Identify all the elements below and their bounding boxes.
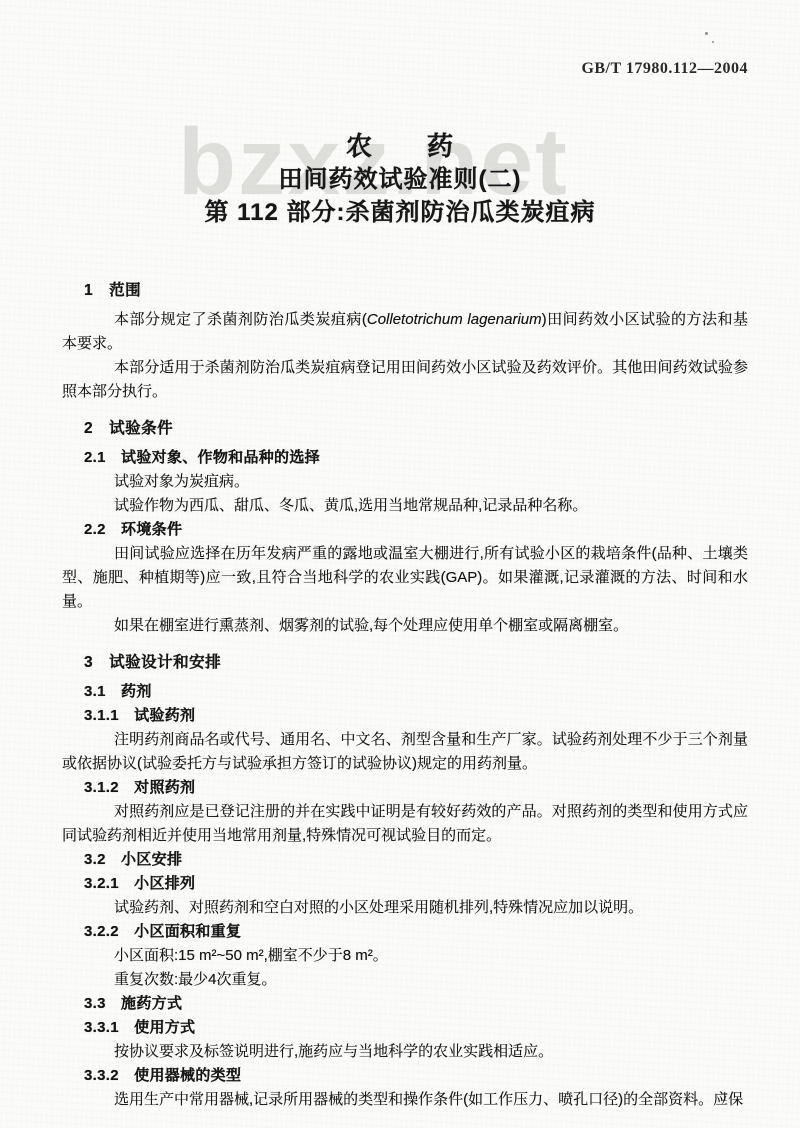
text-run: 本部分适用于杀菌剂防治瓜类炭疽病登记用田间药效小区试验及药效评价。其他田间药效试…: [62, 359, 748, 400]
section-heading: 3.3 施药方式: [84, 992, 748, 1016]
section-heading: 3.3.2 使用器械的类型: [84, 1064, 748, 1088]
section-heading: 3.1 药剂: [84, 680, 748, 704]
text-run: 3.3.2 使用器械的类型: [84, 1067, 241, 1084]
text-run: 按协议要求及标签说明进行,施药应与当地科学的农业实践相适应。: [114, 1043, 553, 1060]
text-run: 3.2.1 小区排列: [84, 875, 195, 892]
text-run: 试验药剂、对照药剂和空白对照的小区处理采用随机排列,特殊情况应加以说明。: [114, 899, 643, 916]
text-run: 如果在棚室进行熏蒸剂、烟雾剂的试验,每个处理应使用单个棚室或隔离棚室。: [114, 617, 628, 634]
text-run: 注明药剂商品名或代号、通用名、中文名、剂型含量和生产厂家。试验药剂处理不少于三个…: [62, 731, 748, 772]
document-page: GB/T 17980.112—2004 bzxz.net 农 药 田间药效试验准…: [0, 0, 800, 1128]
section-heading: 3.2.2 小区面积和重复: [84, 920, 748, 944]
text-run: 田间试验应选择在历年发病严重的露地或温室大棚进行,所有试验小区的栽培条件(品种、…: [62, 545, 748, 610]
text-run: 3.3.1 使用方式: [84, 1019, 195, 1036]
doc-title-line3: 第 112 部分:杀菌剂防治瓜类炭疽病: [0, 196, 800, 229]
text-run: 2 试验条件: [84, 420, 173, 437]
text-run: 本部分规定了杀菌剂防治瓜类炭疽病(: [114, 311, 367, 328]
paragraph: 本部分适用于杀菌剂防治瓜类炭疽病登记用田间药效小区试验及药效评价。其他田间药效试…: [62, 356, 748, 404]
text-run: 3.2 小区安排: [84, 851, 182, 868]
doc-title-line1: 农 药: [0, 130, 800, 163]
section-heading: 2.2 环境条件: [84, 518, 748, 542]
paragraph: 试验对象为炭疽病。: [62, 470, 748, 494]
text-run: 3.1.1 试验药剂: [84, 707, 195, 724]
document-body: 1 范围本部分规定了杀菌剂防治瓜类炭疽病(Colletotrichum lage…: [0, 266, 800, 1112]
text-run: 2.1 试验对象、作物和品种的选择: [84, 449, 320, 466]
section-heading: 1 范围: [84, 279, 748, 303]
text-run: 3.1 药剂: [84, 683, 152, 700]
paragraph: 按协议要求及标签说明进行,施药应与当地科学的农业实践相适应。: [62, 1040, 748, 1064]
section-heading: 3.2 小区安排: [84, 848, 748, 872]
section-heading: 3.2.1 小区排列: [84, 872, 748, 896]
scan-speck: [705, 32, 708, 35]
text-run: 选用生产中常用器械,记录所用器械的类型和操作条件(如工作压力、喷孔口径)的全部资…: [114, 1091, 743, 1108]
text-run: 3.3 施药方式: [84, 995, 182, 1012]
latin-species-name: Colletotrichum lagenarium: [367, 311, 542, 328]
scan-speck: [712, 41, 715, 44]
text-run: 试验对象为炭疽病。: [114, 473, 249, 490]
paragraph: 注明药剂商品名或代号、通用名、中文名、剂型含量和生产厂家。试验药剂处理不少于三个…: [62, 728, 748, 776]
section-heading: 2.1 试验对象、作物和品种的选择: [84, 446, 748, 470]
section-heading: 3.1.1 试验药剂: [84, 704, 748, 728]
text-run: 3.1.2 对照药剂: [84, 779, 195, 796]
paragraph: 对照药剂应是已登记注册的并在实践中证明是有较好药效的产品。对照药剂的类型和使用方…: [62, 800, 748, 848]
paragraph: 选用生产中常用器械,记录所用器械的类型和操作条件(如工作压力、喷孔口径)的全部资…: [62, 1088, 748, 1112]
text-run: 3 试验设计和安排: [84, 654, 221, 671]
text-run: 1 范围: [84, 282, 141, 299]
text-run: 3.2.2 小区面积和重复: [84, 923, 241, 940]
paragraph: 试验药剂、对照药剂和空白对照的小区处理采用随机排列,特殊情况应加以说明。: [62, 896, 748, 920]
paragraph: 试验作物为西瓜、甜瓜、冬瓜、黄瓜,选用当地常规品种,记录品种名称。: [62, 494, 748, 518]
paragraph: 田间试验应选择在历年发病严重的露地或温室大棚进行,所有试验小区的栽培条件(品种、…: [62, 542, 748, 614]
text-run: 2.2 环境条件: [84, 521, 182, 538]
text-run: 对照药剂应是已登记注册的并在实践中证明是有较好药效的产品。对照药剂的类型和使用方…: [62, 803, 748, 844]
standard-code: GB/T 17980.112—2004: [581, 60, 748, 78]
section-heading: 3.3.1 使用方式: [84, 1016, 748, 1040]
section-heading: 3 试验设计和安排: [84, 651, 748, 675]
section-heading: 2 试验条件: [84, 417, 748, 441]
text-run: 试验作物为西瓜、甜瓜、冬瓜、黄瓜,选用当地常规品种,记录品种名称。: [114, 497, 587, 514]
paragraph: 重复次数:最少4次重复。: [62, 968, 748, 992]
title-block: 农 药 田间药效试验准则(二) 第 112 部分:杀菌剂防治瓜类炭疽病: [0, 130, 800, 229]
section-heading: 3.1.2 对照药剂: [84, 776, 748, 800]
text-run: 重复次数:最少4次重复。: [114, 971, 277, 988]
doc-title-line2: 田间药效试验准则(二): [0, 163, 800, 196]
paragraph: 小区面积:15 m²~50 m²,棚室不少于8 m²。: [62, 944, 748, 968]
text-run: 小区面积:15 m²~50 m²,棚室不少于8 m²。: [114, 947, 388, 964]
paragraph: 如果在棚室进行熏蒸剂、烟雾剂的试验,每个处理应使用单个棚室或隔离棚室。: [62, 614, 748, 638]
paragraph: 本部分规定了杀菌剂防治瓜类炭疽病(Colletotrichum lagenari…: [62, 308, 748, 356]
